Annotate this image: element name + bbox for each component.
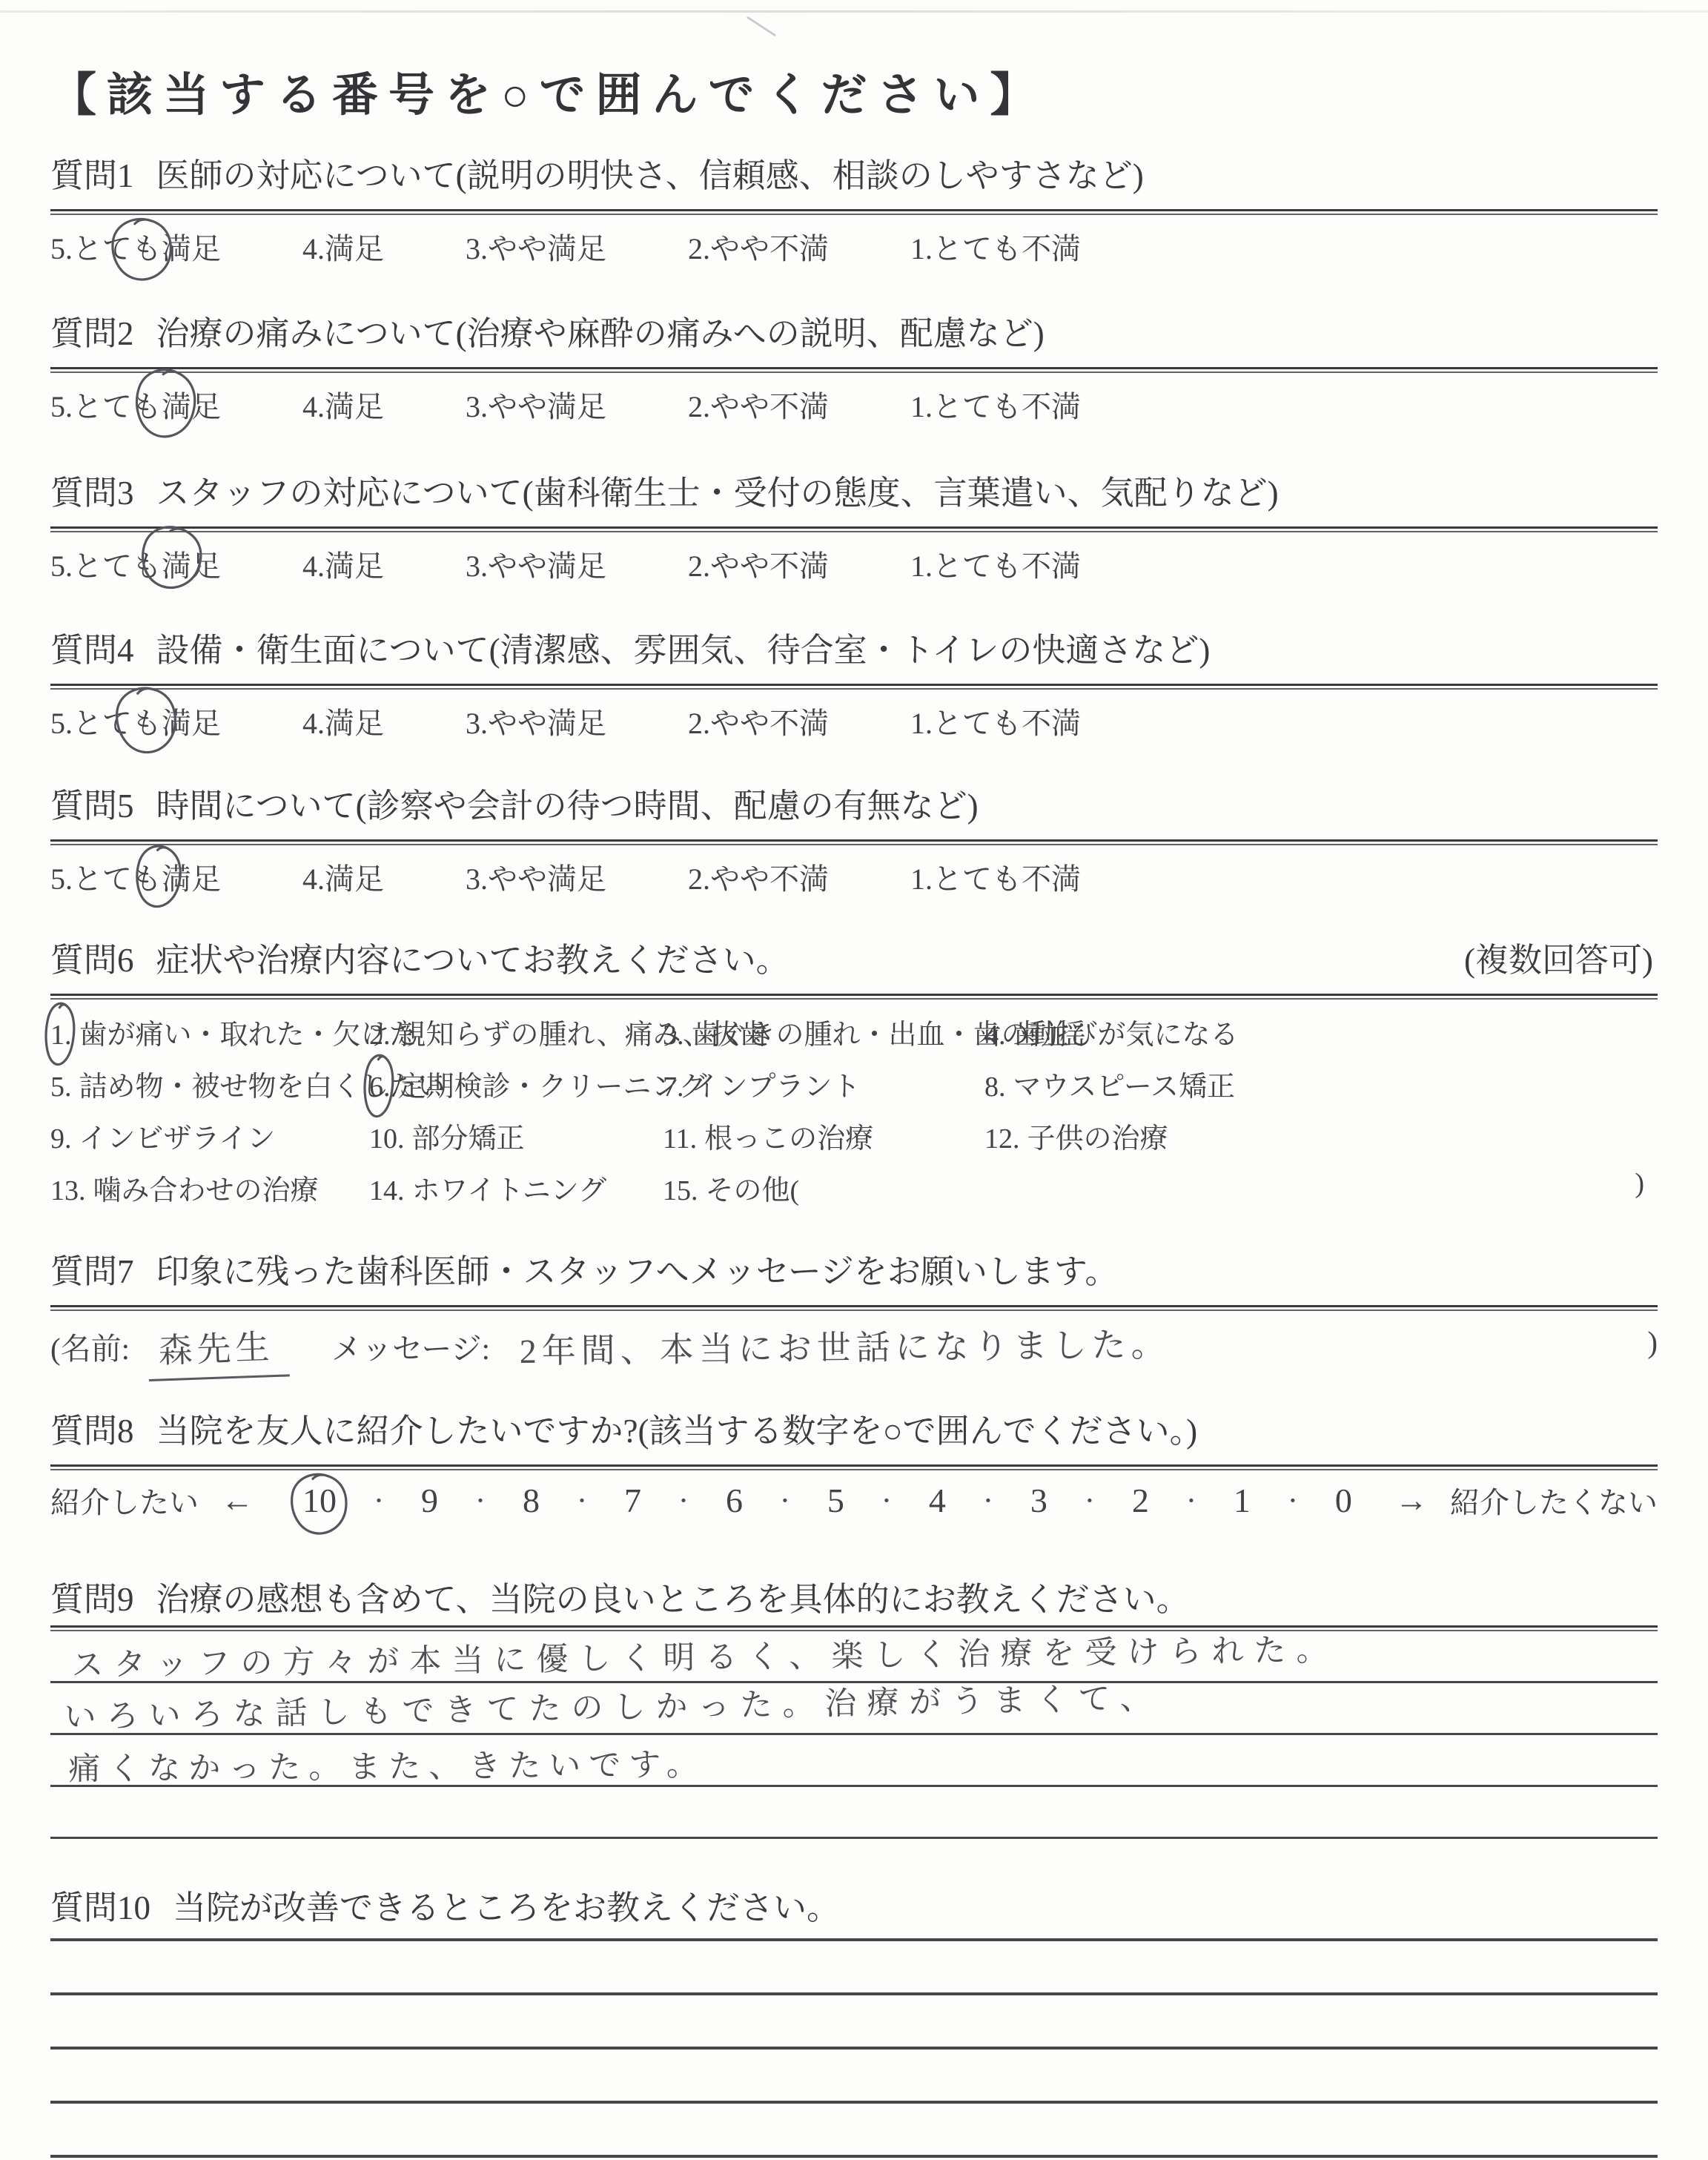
- symptom-item-number: 6.: [369, 1071, 391, 1103]
- handwritten-message[interactable]: 2年間、本当にお世話になりました。: [519, 1318, 1171, 1373]
- question-number: 質問4: [50, 632, 134, 670]
- symptom-item[interactable]: 10.部分矯正: [369, 1115, 663, 1156]
- question-heading: 質問7 印象に残った歯科医師・スタッフへメッセージをお願いします。: [50, 1253, 1658, 1292]
- symptom-options-grid: 1.歯が痛い・取れた・欠けた 2.親知らずの腫れ、痛み、抜歯 3.歯ぐきの腫れ・…: [50, 1011, 1658, 1219]
- nps-number[interactable]: 2: [1132, 1481, 1149, 1520]
- right-arrow-icon: →: [1395, 1482, 1428, 1519]
- nps-number[interactable]: ・: [470, 1485, 491, 1515]
- option-label: 2.やや不満: [688, 390, 829, 423]
- divider-line: [50, 367, 1658, 373]
- option-label: 3.やや満足: [466, 232, 606, 265]
- nps-number-label: ・: [978, 1490, 999, 1513]
- satisfaction-option[interactable]: 5.とても満足: [50, 856, 221, 898]
- multi-answer-note: (複数回答可): [1464, 942, 1653, 980]
- satisfaction-option[interactable]: 2.やや不満: [688, 856, 829, 898]
- symptom-item-number: 1.: [50, 1020, 72, 1051]
- symptom-item-number: 5.: [50, 1071, 72, 1103]
- question-heading: 質問3 スタッフの対応について(歯科衛生士・受付の態度、言葉遣い、気配りなど): [50, 475, 1658, 513]
- answer-line[interactable]: [50, 1787, 1658, 1839]
- nps-number-label: ・: [368, 1490, 389, 1513]
- symptom-item-number: 8.: [984, 1071, 1006, 1103]
- nps-number-label: ・: [775, 1490, 795, 1513]
- question-number: 質問1: [50, 157, 134, 196]
- question-number: 質問7: [50, 1253, 134, 1292]
- option-label: 2.やや不満: [688, 862, 829, 896]
- question-text: 医師の対応について(説明の明快さ、信頼感、相談のしやすさなど): [156, 157, 1144, 196]
- nps-number-label: ・: [572, 1490, 592, 1513]
- symptom-item[interactable]: 15.その他(: [663, 1167, 984, 1208]
- nps-number-label: 6: [726, 1482, 743, 1519]
- satisfaction-scale: 5.とても満足 4.満足 3.やや満足: [50, 225, 1658, 268]
- symptom-item[interactable]: 8.マウスピース矯正: [984, 1063, 1658, 1104]
- option-label: 3.やや満足: [466, 549, 606, 583]
- divider-line: [50, 684, 1658, 690]
- satisfaction-option[interactable]: 5.とても満足: [50, 225, 221, 268]
- nps-number[interactable]: 1: [1234, 1481, 1251, 1520]
- answer-line[interactable]: [50, 2104, 1658, 2158]
- option-label: 4.満足: [302, 390, 384, 423]
- nps-number[interactable]: ・: [775, 1485, 795, 1515]
- question-text: 治療の感想も含めて、当院の良いところを具体的にお教えください。: [156, 1581, 1190, 1619]
- option-label: 4.満足: [302, 549, 384, 583]
- question-text: 時間について(診察や会計の待つ時間、配慮の有無など): [156, 787, 979, 826]
- satisfaction-option[interactable]: 3.やや満足: [466, 856, 606, 898]
- satisfaction-option[interactable]: 4.満足: [302, 700, 384, 742]
- free-answer-area: スタッフの方々が本当に優しく明るく、楽しく治療を受けられた。 いろいろな話しもで…: [50, 1631, 1658, 1839]
- nps-number[interactable]: ・: [673, 1485, 694, 1515]
- question9-block: 質問9 治療の感想も含めて、当院の良いところを具体的にお教えください。 スタッフ…: [50, 1581, 1658, 1839]
- question-text: 症状や治療内容についてお教えください。: [156, 942, 790, 980]
- nps-number-label: ・: [673, 1490, 694, 1513]
- option-label: 5.とても満足: [50, 707, 221, 740]
- nps-number-label: 2: [1132, 1482, 1149, 1519]
- message-answer-row: (名前: 森先生 メッセージ: 2年間、本当にお世話になりました。 ): [50, 1324, 1658, 1381]
- satisfaction-option[interactable]: 3.やや満足: [466, 383, 606, 426]
- option-label: 5.とても満足: [50, 549, 221, 583]
- symptom-item-label: 定期検診・クリーニング: [398, 1071, 707, 1103]
- symptom-item-number: 3.: [663, 1020, 684, 1051]
- symptom-item[interactable]: 9.インビザライン: [50, 1115, 369, 1156]
- nps-number[interactable]: ・: [978, 1485, 999, 1515]
- answer-line[interactable]: 痛くなかった。また、きたいです。: [50, 1735, 1658, 1787]
- nps-number[interactable]: ・: [1181, 1485, 1202, 1515]
- option-label: 5.とても満足: [50, 390, 221, 423]
- symptom-item[interactable]: 11.根っこの治療: [663, 1115, 984, 1156]
- option-label: 1.とても不満: [910, 390, 1081, 423]
- question-text: スタッフの対応について(歯科衛生士・受付の態度、言葉遣い、気配りなど): [156, 475, 1279, 513]
- nps-number-label: ・: [876, 1490, 897, 1513]
- question10-block: 質問10 当院が改善できるところをお教えください。: [50, 1889, 1658, 2158]
- symptom-item-label: 歯並びが気になる: [1013, 1020, 1239, 1051]
- satisfaction-scale: 5.とても満足 4.満足 3.やや満足: [50, 543, 1658, 585]
- symptom-item-label: 歯が痛い・取れた・欠けた: [79, 1020, 417, 1051]
- nps-number-label: 3: [1030, 1482, 1047, 1519]
- symptom-item[interactable]: 6.定期検診・クリーニング: [369, 1063, 663, 1104]
- answer-line[interactable]: [50, 2050, 1658, 2104]
- option-label: 2.やや不満: [688, 232, 829, 265]
- question-heading: 質問1 医師の対応について(説明の明快さ、信頼感、相談のしやすさなど): [50, 157, 1658, 196]
- other-close-paren: ): [1635, 1167, 1658, 1200]
- nps-number-label: 8: [523, 1482, 540, 1519]
- satisfaction-option[interactable]: 5.とても満足: [50, 700, 221, 742]
- nps-number-label: 0: [1335, 1482, 1352, 1519]
- question-block: 質問3 スタッフの対応について(歯科衛生士・受付の態度、言葉遣い、気配りなど) …: [50, 475, 1658, 585]
- satisfaction-option[interactable]: 2.やや不満: [688, 383, 829, 426]
- symptom-item-label: 子供の治療: [1027, 1123, 1168, 1155]
- symptom-item-label: マウスピース矯正: [1013, 1071, 1235, 1103]
- divider-line: [50, 839, 1658, 845]
- symptom-item-number: 10.: [369, 1123, 405, 1155]
- nps-number[interactable]: 4: [929, 1481, 946, 1520]
- nps-number[interactable]: ・: [876, 1485, 897, 1515]
- question-number: 質問6: [50, 942, 134, 980]
- nps-number[interactable]: 9: [421, 1481, 438, 1520]
- option-label: 1.とても不満: [910, 232, 1081, 265]
- scanned-survey-page: 【該当する番号を○で囲んでください】 質問1 医師の対応について(説明の明快さ、…: [0, 0, 1708, 2160]
- symptom-item-number: 9.: [50, 1123, 72, 1155]
- symptom-item[interactable]: 3.歯ぐきの腫れ・出血・歯の動揺: [663, 1011, 984, 1052]
- option-label: 3.やや満足: [466, 862, 606, 896]
- satisfaction-option[interactable]: 2.やや不満: [688, 225, 829, 268]
- handwritten-answer-text: 痛くなかった。また、きたいです。: [68, 1740, 706, 1789]
- handwritten-name[interactable]: 森先生: [147, 1319, 290, 1381]
- symptom-item[interactable]: 4.歯並びが気になる: [984, 1011, 1658, 1052]
- satisfaction-option[interactable]: 4.満足: [302, 543, 384, 585]
- satisfaction-option[interactable]: 4.満足: [302, 225, 384, 268]
- symptom-item[interactable]: 2.親知らずの腫れ、痛み、抜歯: [369, 1011, 663, 1052]
- symptom-item-number: 12.: [984, 1123, 1020, 1155]
- option-label: 2.やや不満: [688, 549, 829, 583]
- recommend-label: 紹介したい: [50, 1479, 199, 1522]
- question-number: 質問9: [50, 1581, 134, 1619]
- nps-number-label: ・: [470, 1490, 491, 1513]
- divider-line: [50, 526, 1658, 532]
- option-label: 1.とても不満: [910, 862, 1081, 896]
- question7-block: 質問7 印象に残った歯科医師・スタッフへメッセージをお願いします。 (名前: 森…: [50, 1253, 1658, 1381]
- question-block: 質問2 治療の痛みについて(治療や麻酔の痛みへの説明、配慮など) 5.とても満足: [50, 315, 1658, 426]
- option-label: 5.とても満足: [50, 232, 221, 265]
- nps-number[interactable]: 8: [523, 1481, 540, 1520]
- symptom-item-label: 噛み合わせの治療: [93, 1175, 319, 1206]
- question-block: 質問1 医師の対応について(説明の明快さ、信頼感、相談のしやすさなど) 5.とて…: [50, 157, 1658, 268]
- symptom-item-label: その他(: [706, 1175, 800, 1206]
- satisfaction-option[interactable]: 4.満足: [302, 383, 384, 426]
- question-heading: 質問5 時間について(診察や会計の待つ時間、配慮の有無など): [50, 787, 1658, 826]
- answer-line[interactable]: [50, 1995, 1658, 2050]
- satisfaction-option[interactable]: 2.やや不満: [688, 543, 829, 585]
- symptom-item[interactable]: 5.詰め物・被せ物を白くしたい: [50, 1063, 369, 1104]
- satisfaction-option[interactable]: 5.とても満足: [50, 543, 221, 585]
- question-block: 質問5 時間について(診察や会計の待つ時間、配慮の有無など) 5.とても満足: [50, 787, 1658, 898]
- question-heading: 質問8 当院を友人に紹介したいですか?(該当する数字を○で囲んでください。): [50, 1413, 1658, 1451]
- satisfaction-option[interactable]: 3.やや満足: [466, 700, 606, 742]
- satisfaction-option[interactable]: 1.とても不満: [910, 700, 1081, 742]
- question-heading: 質問9 治療の感想も含めて、当院の良いところを具体的にお教えください。: [50, 1581, 1658, 1619]
- symptom-item-number: 15.: [663, 1175, 698, 1206]
- divider-line: [50, 209, 1658, 215]
- nps-number-label: 4: [929, 1482, 946, 1519]
- satisfaction-option[interactable]: 1.とても不満: [910, 225, 1081, 268]
- nps-number-label: 5: [827, 1482, 844, 1519]
- left-arrow-icon: ←: [221, 1482, 254, 1519]
- nps-number[interactable]: 3: [1030, 1481, 1047, 1520]
- nps-number[interactable]: ・: [1079, 1485, 1100, 1515]
- free-answer-area: [50, 1941, 1658, 2158]
- symptom-item-label: インプラント: [692, 1071, 861, 1103]
- satisfaction-option[interactable]: 1.とても不満: [910, 543, 1081, 585]
- symptom-item-label: インビザライン: [79, 1123, 276, 1155]
- answer-line[interactable]: スタッフの方々が本当に優しく明るく、楽しく治療を受けられた。: [50, 1631, 1658, 1683]
- question-heading: 質問10 当院が改善できるところをお教えください。: [50, 1889, 1658, 1928]
- symptom-item-number: 2.: [369, 1020, 391, 1051]
- satisfaction-option[interactable]: 5.とても満足: [50, 383, 221, 426]
- symptom-item-number: 7.: [663, 1071, 684, 1103]
- handwritten-answer-text: いろいろな話しもできてたのしかった。治療がうまくて、: [64, 1673, 1162, 1737]
- nps-number-label: ・: [1282, 1490, 1303, 1513]
- option-label: 5.とても満足: [50, 862, 221, 896]
- close-paren: ): [1647, 1324, 1658, 1360]
- nps-number-label: 9: [421, 1482, 438, 1519]
- nps-number-label: ・: [1079, 1490, 1100, 1513]
- symptom-item-label: 部分矯正: [412, 1123, 525, 1155]
- nps-number[interactable]: ・: [572, 1485, 592, 1515]
- nps-number[interactable]: ・: [1282, 1485, 1303, 1515]
- nps-scale-row: 紹介したい ← 10 ・: [50, 1479, 1658, 1522]
- nps-number-label: 10: [302, 1482, 337, 1519]
- symptom-item[interactable]: 14.ホワイトニング: [369, 1167, 663, 1208]
- answer-line[interactable]: [50, 1941, 1658, 1995]
- option-label: 4.満足: [302, 862, 384, 896]
- question-number: 質問3: [50, 475, 134, 513]
- divider-line: [50, 1464, 1658, 1470]
- satisfaction-scale: 5.とても満足 4.満足 3.やや満足: [50, 383, 1658, 426]
- nps-number-label: 7: [624, 1482, 641, 1519]
- nps-number-scale: 10 ・ 9 ・: [302, 1481, 1352, 1520]
- option-label: 2.やや不満: [688, 707, 829, 740]
- question-heading: 質問4 設備・衛生面について(清潔感、雰囲気、待合室・トイレの快適さなど): [50, 632, 1658, 670]
- satisfaction-scale: 5.とても満足 4.満足 3.やや満足: [50, 856, 1658, 898]
- answer-line[interactable]: いろいろな話しもできてたのしかった。治療がうまくて、: [50, 1683, 1658, 1735]
- satisfaction-scale: 5.とても満足 4.満足 3.やや満足: [50, 700, 1658, 742]
- name-field-label: (名前:: [50, 1324, 130, 1368]
- nps-number[interactable]: 7: [624, 1481, 641, 1520]
- option-label: 3.やや満足: [466, 390, 606, 423]
- question-number: 質問8: [50, 1413, 134, 1451]
- question-block: 質問4 設備・衛生面について(清潔感、雰囲気、待合室・トイレの快適さなど) 5.…: [50, 632, 1658, 742]
- option-label: 1.とても不満: [910, 549, 1081, 583]
- satisfaction-option[interactable]: 1.とても不満: [910, 856, 1081, 898]
- question6-block: 質問6 症状や治療内容についてお教えください。 (複数回答可) 1.歯が痛い・取…: [50, 942, 1658, 1219]
- question-text: 設備・衛生面について(清潔感、雰囲気、待合室・トイレの快適さなど): [156, 632, 1211, 670]
- option-label: 1.とても不満: [910, 707, 1081, 740]
- satisfaction-option[interactable]: 3.やや満足: [466, 225, 606, 268]
- question-text: 当院が改善できるところをお教えください。: [173, 1889, 840, 1928]
- divider-line: [50, 994, 1658, 1000]
- satisfaction-option[interactable]: 4.満足: [302, 856, 384, 898]
- symptom-item-number: 14.: [369, 1175, 405, 1206]
- question-text: 印象に残った歯科医師・スタッフへメッセージをお願いします。: [156, 1253, 1119, 1292]
- question-text: 当院を友人に紹介したいですか?(該当する数字を○で囲んでください。): [156, 1413, 1198, 1451]
- symptom-item-label: ホワイトニング: [412, 1175, 607, 1206]
- option-label: 3.やや満足: [466, 707, 606, 740]
- symptom-item[interactable]: 12.子供の治療: [984, 1115, 1658, 1156]
- nps-number-label: ・: [1181, 1490, 1202, 1513]
- symptom-item-number: 11.: [663, 1123, 697, 1155]
- question-number: 質問10: [50, 1889, 150, 1928]
- question-number: 質問2: [50, 315, 134, 354]
- nps-number-label: 1: [1234, 1482, 1251, 1519]
- symptom-item-label: 根っこの治療: [704, 1123, 873, 1155]
- symptom-item-number: 13.: [50, 1175, 86, 1206]
- symptom-item[interactable]: 13.噛み合わせの治療: [50, 1167, 369, 1208]
- option-label: 4.満足: [302, 232, 384, 265]
- question8-block: 質問8 当院を友人に紹介したいですか?(該当する数字を○で囲んでください。) 紹…: [50, 1413, 1658, 1522]
- nps-number[interactable]: 5: [827, 1481, 844, 1520]
- symptom-item-number: 4.: [984, 1020, 1006, 1051]
- satisfaction-option[interactable]: 3.やや満足: [466, 543, 606, 585]
- option-label: 4.満足: [302, 707, 384, 740]
- question-text: 治療の痛みについて(治療や麻酔の痛みへの説明、配慮など): [156, 315, 1045, 354]
- not-recommend-label: 紹介したくない: [1450, 1479, 1658, 1522]
- symptom-item[interactable]: 7.インプラント: [663, 1063, 984, 1104]
- nps-number[interactable]: 0: [1335, 1481, 1352, 1520]
- symptom-item[interactable]: 1.歯が痛い・取れた・欠けた: [50, 1011, 369, 1052]
- divider-line: [50, 1305, 1658, 1311]
- question-heading: 質問2 治療の痛みについて(治療や麻酔の痛みへの説明、配慮など): [50, 315, 1658, 354]
- satisfaction-option[interactable]: 1.とても不満: [910, 383, 1081, 426]
- nps-number[interactable]: 6: [726, 1481, 743, 1520]
- nps-number[interactable]: ・: [368, 1485, 389, 1515]
- message-field-label: メッセージ:: [331, 1324, 490, 1368]
- satisfaction-option[interactable]: 2.やや不満: [688, 700, 829, 742]
- question-number: 質問5: [50, 787, 134, 826]
- nps-number[interactable]: 10: [302, 1481, 337, 1520]
- question-heading: 質問6 症状や治療内容についてお教えください。 (複数回答可): [50, 942, 1658, 980]
